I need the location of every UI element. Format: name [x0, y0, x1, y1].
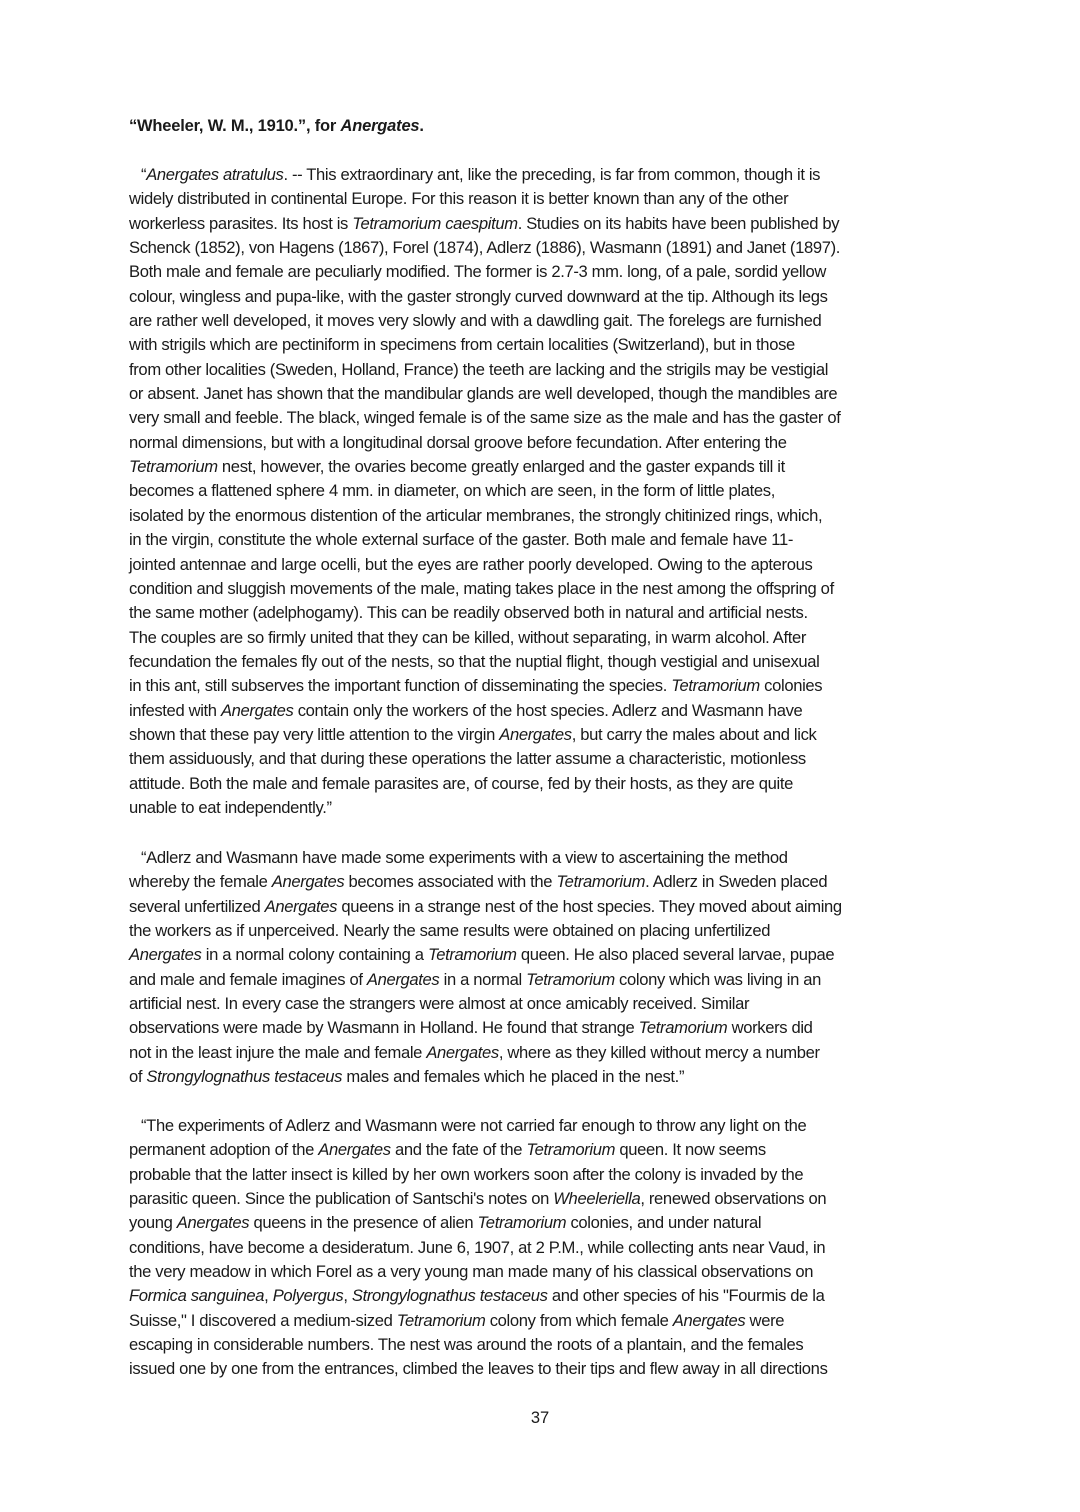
text-line: attitude. Both the male and female paras…	[129, 772, 959, 796]
text-run: of	[129, 1067, 146, 1086]
text-line: of Strongylognathus testaceus males and …	[129, 1065, 959, 1089]
text-line: escaping in considerable numbers. The ne…	[129, 1333, 959, 1357]
text-line: in the virgin, constitute the whole exte…	[129, 528, 959, 552]
italic-term: Anergates	[341, 117, 420, 135]
text-run: widely distributed in continental Europe…	[129, 189, 788, 208]
text-run: were	[745, 1311, 784, 1330]
text-run: normal dimensions, but with a longitudin…	[129, 433, 787, 452]
italic-term: Tetramorium	[526, 1140, 615, 1159]
text-line: widely distributed in continental Europe…	[129, 187, 959, 211]
text-run: The couples are so firmly united that th…	[129, 628, 806, 647]
text-run: .	[419, 117, 423, 135]
text-run: becomes associated with the	[344, 872, 556, 891]
italic-term: Strongylognathus testaceus	[352, 1286, 548, 1305]
text-run: issued one by one from the entrances, cl…	[129, 1359, 828, 1378]
text-run: in this ant, still subserves the importa…	[129, 676, 671, 695]
text-run: permanent adoption of the	[129, 1140, 318, 1159]
text-line: “Anergates atratulus. -- This extraordin…	[129, 163, 959, 187]
text-run: parasitic queen. Since the publication o…	[129, 1189, 553, 1208]
italic-term: Anergates	[673, 1311, 746, 1330]
italic-term: Anergates	[367, 970, 440, 989]
text-line: Anergates in a normal colony containing …	[129, 943, 959, 967]
text-line: The couples are so firmly united that th…	[129, 626, 959, 650]
text-line: Formica sanguinea, Polyergus, Strongylog…	[129, 1284, 959, 1308]
text-run: , where as they killed without mercy a n…	[499, 1043, 820, 1062]
text-run: colonies, and under natural	[566, 1213, 761, 1232]
text-run: becomes a flattened sphere 4 mm. in diam…	[129, 481, 775, 500]
text-run: Schenck (1852), von Hagens (1867), Forel…	[129, 238, 840, 257]
italic-term: Anergates	[426, 1043, 499, 1062]
text-line: isolated by the enormous distention of t…	[129, 504, 959, 528]
text-run: the same mother (adelphogamy). This can …	[129, 603, 808, 622]
text-run: contain only the workers of the host spe…	[293, 701, 802, 720]
text-line: observations were made by Wasmann in Hol…	[129, 1016, 959, 1040]
text-run: colour, wingless and pupa-like, with the…	[129, 287, 828, 306]
text-line: “The experiments of Adlerz and Wasmann w…	[129, 1114, 959, 1138]
text-line: young Anergates queens in the presence o…	[129, 1211, 959, 1235]
text-line: from other localities (Sweden, Holland, …	[129, 358, 959, 382]
text-line: them assiduously, and that during these …	[129, 747, 959, 771]
text-run: and male and female imagines of	[129, 970, 367, 989]
italic-term: Tetramorium	[526, 970, 615, 989]
text-run: the workers as if unperceived. Nearly th…	[129, 921, 770, 940]
text-line: very small and feeble. The black, winged…	[129, 406, 959, 430]
text-line: “Adlerz and Wasmann have made some exper…	[129, 846, 959, 870]
text-run: very small and feeble. The black, winged…	[129, 408, 840, 427]
text-line: and male and female imagines of Anergate…	[129, 968, 959, 992]
text-run: in a normal	[439, 970, 526, 989]
text-run: queen. It now seems	[615, 1140, 766, 1159]
italic-term: Anergates	[177, 1213, 250, 1232]
text-run: not in the least injure the male and fem…	[129, 1043, 426, 1062]
text-run: attitude. Both the male and female paras…	[129, 774, 793, 793]
text-line: normal dimensions, but with a longitudin…	[129, 431, 959, 455]
text-run: males and females which he placed in the…	[342, 1067, 684, 1086]
italic-term: Polyergus	[273, 1286, 344, 1305]
italic-term: Anergates	[265, 897, 338, 916]
text-line: not in the least injure the male and fem…	[129, 1041, 959, 1065]
text-run: nest, however, the ovaries become greatl…	[218, 457, 785, 476]
italic-term: Tetramorium	[671, 676, 760, 695]
text-line: artificial nest. In every case the stran…	[129, 992, 959, 1016]
text-line: becomes a flattened sphere 4 mm. in diam…	[129, 479, 959, 503]
text-run: colony which was living in an	[615, 970, 821, 989]
text-run: fecundation the females fly out of the n…	[129, 652, 820, 671]
text-line: Schenck (1852), von Hagens (1867), Forel…	[129, 236, 959, 260]
text-run: condition and sluggish movements of the …	[129, 579, 834, 598]
text-line: fecundation the females fly out of the n…	[129, 650, 959, 674]
italic-term: Anergates atratulus	[146, 165, 283, 184]
text-run: . -- This extraordinary ant, like the pr…	[283, 165, 820, 184]
text-run: with strigils which are pectiniform in s…	[129, 335, 795, 354]
text-run: “The experiments of Adlerz and Wasmann w…	[141, 1116, 806, 1135]
italic-term: Anergates	[499, 725, 572, 744]
italic-term: Anergates	[318, 1140, 391, 1159]
text-run: young	[129, 1213, 177, 1232]
text-line: jointed antennae and large ocelli, but t…	[129, 553, 959, 577]
text-run: “Adlerz and Wasmann have made some exper…	[141, 848, 788, 867]
text-run: several unfertilized	[129, 897, 265, 916]
text-line: in this ant, still subserves the importa…	[129, 674, 959, 698]
text-run: infested with	[129, 701, 221, 720]
text-run: ,	[264, 1286, 273, 1305]
text-line: whereby the female Anergates becomes ass…	[129, 870, 959, 894]
text-run: in a normal colony containing a	[202, 945, 428, 964]
text-line: parasitic queen. Since the publication o…	[129, 1187, 959, 1211]
italic-term: Tetramorium	[428, 945, 517, 964]
paragraph-adoption-observations: “The experiments of Adlerz and Wasmann w…	[129, 1114, 959, 1382]
text-run: artificial nest. In every case the stran…	[129, 994, 749, 1013]
text-run: workerless parasites. Its host is	[129, 214, 352, 233]
italic-term: Anergates	[221, 701, 294, 720]
text-line: Suisse," I discovered a medium-sized Tet…	[129, 1309, 959, 1333]
text-run: . Studies on its habits have been publis…	[518, 214, 840, 233]
text-run: Both male and female are peculiarly modi…	[129, 262, 826, 281]
text-run: whereby the female	[129, 872, 272, 891]
text-line: conditions, have become a desideratum. J…	[129, 1236, 959, 1260]
text-run: shown that these pay very little attenti…	[129, 725, 499, 744]
italic-term: Anergates	[129, 945, 202, 964]
text-run: queens in the presence of alien	[249, 1213, 477, 1232]
text-line: shown that these pay very little attenti…	[129, 723, 959, 747]
paragraph-adlerz-wasmann-experiments: “Adlerz and Wasmann have made some exper…	[129, 846, 959, 1089]
text-line: the same mother (adelphogamy). This can …	[129, 601, 959, 625]
text-line: condition and sluggish movements of the …	[129, 577, 959, 601]
text-run: escaping in considerable numbers. The ne…	[129, 1335, 803, 1354]
italic-term: Tetramorium caespitum	[352, 214, 517, 233]
text-run: colonies	[760, 676, 822, 695]
text-line: the very meadow in which Forel as a very…	[129, 1260, 959, 1284]
paragraph-anergates-description: “Anergates atratulus. -- This extraordin…	[129, 163, 959, 820]
text-line: colour, wingless and pupa-like, with the…	[129, 285, 959, 309]
text-run: from other localities (Sweden, Holland, …	[129, 360, 828, 379]
text-run: the very meadow in which Forel as a very…	[129, 1262, 813, 1281]
italic-term: Wheeleriella	[553, 1189, 640, 1208]
italic-term: Anergates	[272, 872, 345, 891]
text-line: with strigils which are pectiniform in s…	[129, 333, 959, 357]
text-run: are rather well developed, it moves very…	[129, 311, 821, 330]
italic-term: Tetramorium	[556, 872, 645, 891]
italic-term: Strongylognathus testaceus	[146, 1067, 342, 1086]
italic-term: Formica sanguinea	[129, 1286, 264, 1305]
text-line: Both male and female are peculiarly modi…	[129, 260, 959, 284]
text-run: queens in a strange nest of the host spe…	[337, 897, 842, 916]
italic-term: Tetramorium	[639, 1018, 728, 1037]
text-line: Tetramorium nest, however, the ovaries b…	[129, 455, 959, 479]
text-run: and the fate of the	[391, 1140, 527, 1159]
text-run: isolated by the enormous distention of t…	[129, 506, 822, 525]
text-run: and other species of his "Fourmis de la	[548, 1286, 825, 1305]
text-run: unable to eat independently.”	[129, 798, 332, 817]
document-page: “Wheeler, W. M., 1910.”, for Anergates. …	[0, 0, 1080, 1512]
text-run: , renewed observations on	[640, 1189, 826, 1208]
text-line: infested with Anergates contain only the…	[129, 699, 959, 723]
page-number: 37	[0, 1406, 1080, 1430]
text-run: them assiduously, and that during these …	[129, 749, 806, 768]
italic-term: Tetramorium	[397, 1311, 486, 1330]
text-line: workerless parasites. Its host is Tetram…	[129, 212, 959, 236]
text-run: “Wheeler, W. M., 1910.”, for	[129, 117, 341, 135]
text-run: conditions, have become a desideratum. J…	[129, 1238, 825, 1257]
text-line: are rather well developed, it moves very…	[129, 309, 959, 333]
text-run: in the virgin, constitute the whole exte…	[129, 530, 793, 549]
text-line: unable to eat independently.”	[129, 796, 959, 820]
italic-term: Tetramorium	[129, 457, 218, 476]
italic-term: Tetramorium	[478, 1213, 567, 1232]
text-run: jointed antennae and large ocelli, but t…	[129, 555, 812, 574]
text-run: observations were made by Wasmann in Hol…	[129, 1018, 639, 1037]
text-run: . Adlerz in Sweden placed	[645, 872, 827, 891]
text-line: several unfertilized Anergates queens in…	[129, 895, 959, 919]
text-line: the workers as if unperceived. Nearly th…	[129, 919, 959, 943]
text-run: probable that the latter insect is kille…	[129, 1165, 803, 1184]
text-run: or absent. Janet has shown that the mand…	[129, 384, 837, 403]
text-line: permanent adoption of the Anergates and …	[129, 1138, 959, 1162]
section-heading: “Wheeler, W. M., 1910.”, for Anergates.	[129, 114, 424, 138]
text-line: probable that the latter insect is kille…	[129, 1163, 959, 1187]
text-run: workers did	[727, 1018, 812, 1037]
text-run: colony from which female	[485, 1311, 672, 1330]
text-run: queen. He also placed several larvae, pu…	[517, 945, 835, 964]
text-line: issued one by one from the entrances, cl…	[129, 1357, 959, 1381]
text-run: , but carry the males about and lick	[572, 725, 817, 744]
text-run: ,	[343, 1286, 352, 1305]
text-line: or absent. Janet has shown that the mand…	[129, 382, 959, 406]
text-run: Suisse," I discovered a medium-sized	[129, 1311, 397, 1330]
